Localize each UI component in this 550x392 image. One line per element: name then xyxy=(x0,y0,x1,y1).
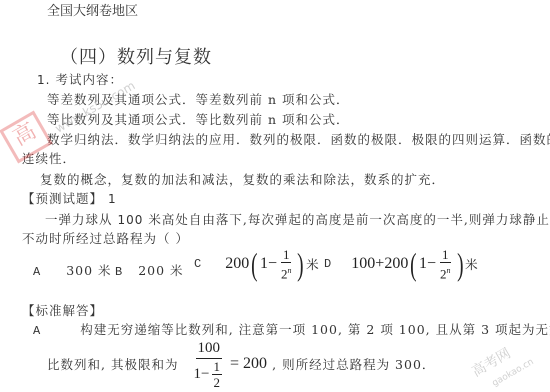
prediction-heading-text: 【预测试题】 xyxy=(22,191,103,206)
region-label: 全国大纲卷地区 xyxy=(47,0,138,19)
option-d: D 100+200 ( 1− 1 2n ) 米 xyxy=(324,247,478,281)
option-c-formula: 200 ( 1− 1 2n ) 米 xyxy=(225,247,318,281)
answer-line-1: A 构建无穷递缩等比数列和, 注意第一项 100, 第 2 项 100, 且从第… xyxy=(33,320,550,338)
section-title: （四）数列与复数 xyxy=(60,43,212,69)
content-line-3: 数学归纳法．数学归纳法的应用．数列的极限．函数的极限．极限的四则运算．函数的 xyxy=(47,130,550,148)
question-line-1: 一弹力球从 100 米高处自由落下,每次弹起的高度是前一次高度的一半,则弹力球静… xyxy=(45,210,550,228)
option-d-formula: 100+200 ( 1− 1 2n ) 米 xyxy=(351,247,477,281)
heading-number: 1. xyxy=(37,73,50,87)
content-line-5: 复数的概念，复数的加法和减法，复数的乘法和除法，数系的扩充． xyxy=(40,170,445,188)
heading-text: 考试内容： xyxy=(55,72,123,87)
option-a: A 300 米 xyxy=(33,261,112,279)
prediction-heading: 【预测试题】 1 xyxy=(22,189,117,207)
question-line-2: 不动时所经过总路程为（ ） xyxy=(22,229,189,247)
answer-heading: 【标准解答】 xyxy=(22,301,103,319)
option-c: C 200 ( 1− 1 2n ) 米 xyxy=(194,247,319,281)
prediction-number: 1 xyxy=(108,192,117,206)
option-b: B 200 米 xyxy=(115,261,184,279)
exam-content-heading: 1. 考试内容： xyxy=(37,70,123,88)
answer-line-2: 比数列和, 其极限和为 100 1− 1 2 = 200 , 则所经过总路程为 … xyxy=(47,338,435,390)
answer-formula: 100 1− 1 2 = 200 xyxy=(190,338,268,390)
